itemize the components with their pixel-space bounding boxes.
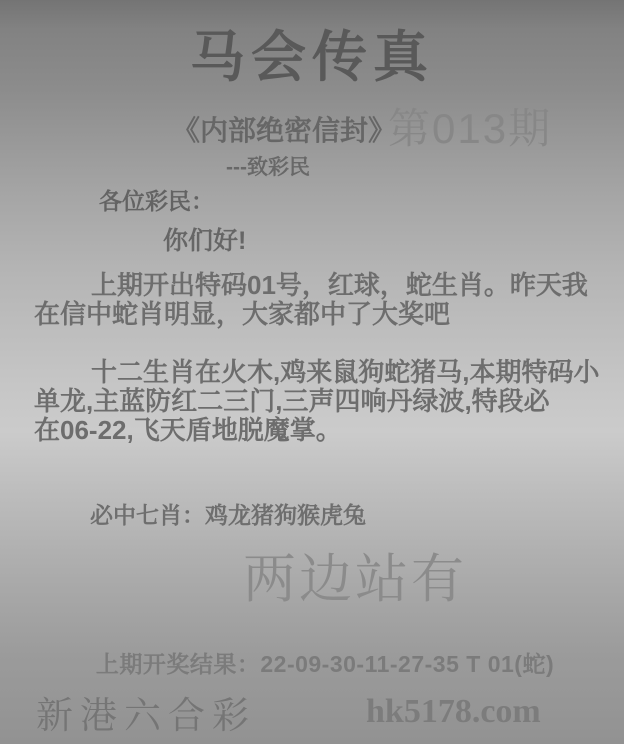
- paragraph-line: 上期开出特码01号，红球，蛇生肖。昨天我: [34, 271, 586, 300]
- paragraph-line: 单龙,主蓝防红二三门,三声四响丹绿波,特段必: [34, 387, 586, 416]
- envelope-subtitle: 《内部绝密信封》: [172, 114, 396, 148]
- issue-number: 第013期: [388, 104, 552, 154]
- last-draw-result: 上期开奖结果：22-09-30-11-27-35 T 01(蛇): [0, 651, 624, 678]
- paragraph-last-draw-recap: 上期开出特码01号，红球，蛇生肖。昨天我 在信中蛇肖明显，大家都中了大奖吧: [34, 271, 586, 329]
- footer-website: hk5178.com: [366, 692, 541, 732]
- greeting: 你们好!: [163, 227, 246, 255]
- paragraph-line: 在06-22,飞天盾地脱魔掌。: [34, 416, 586, 445]
- lottery-fax-sheet: 马会传真 《内部绝密信封》 第013期 ---致彩民 各位彩民： 你们好! 上期…: [0, 0, 624, 744]
- paragraph-line: 在信中蛇肖明显，大家都中了大奖吧: [34, 300, 586, 329]
- big-hint-phrase: 两边站有: [243, 550, 467, 610]
- salutation: 各位彩民：: [99, 188, 214, 214]
- page-title: 马会传真: [0, 28, 624, 88]
- footer-brand: 新港六合彩: [36, 695, 256, 737]
- paragraph-line: 十二生肖在火木,鸡来鼠狗蛇猪马,本期特码小: [34, 358, 586, 387]
- dedication-line: ---致彩民: [226, 156, 310, 180]
- seven-zodiac-tip: 必中七肖：鸡龙猪狗猴虎兔: [90, 502, 366, 529]
- paragraph-current-tips: 十二生肖在火木,鸡来鼠狗蛇猪马,本期特码小 单龙,主蓝防红二三门,三声四响丹绿波…: [34, 358, 586, 445]
